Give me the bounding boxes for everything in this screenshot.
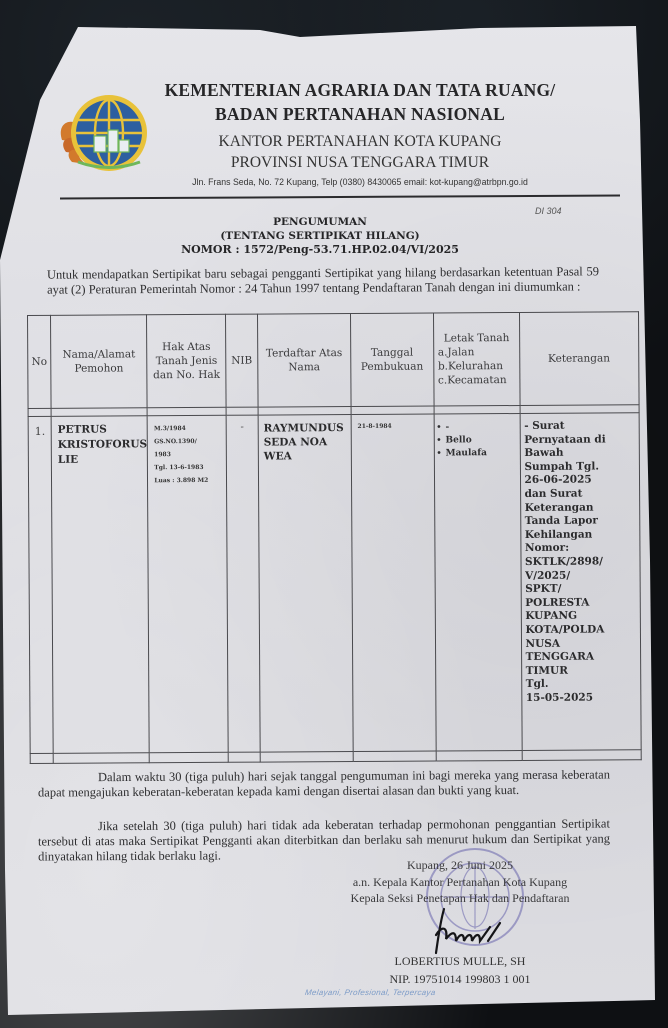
keterangan-line: SPKT/ [525,582,638,596]
header-tanggal: Tanggal Pembukuan [350,313,433,407]
header-no: No [28,315,52,408]
keterangan-line: SKTLK/2898/ [525,555,638,569]
ministry-name: KEMENTERIAN AGRARIA DAN TATA RUANG/ BADA… [150,78,570,126]
keterangan-line: Tgl. [526,678,639,692]
agency-motto: Melayani, Profesional, Terpercaya [304,988,436,997]
keterangan-line: - Surat [524,419,637,433]
atr-bpn-logo-icon [54,78,154,178]
signer-name: LOBERTIUS MULLE, SH [330,952,590,970]
keterangan-line: NUSA [525,637,638,651]
ministry-line-1: KEMENTERIAN AGRARIA DAN TATA RUANG/ [150,78,570,102]
letak-jalan: - [436,420,519,434]
handwritten-signature-icon [430,905,520,955]
announcement-title: PENGUMUMAN (TENTANG SERTIPIKAT HILANG) N… [120,215,520,257]
on-behalf-of: a.n. Kepala Kantor Pertanahan Kota Kupan… [320,874,600,891]
header-nama: Nama/Alamat Pemohon [50,315,147,409]
cell-tanggal: 21-8-1984 [351,414,436,751]
document-reference-code: DI 304 [535,206,562,216]
keterangan-line: KOTA/POLDA [525,623,638,637]
cell-hak: M.3/1984 GS.NO.1390/ 1983 Tgl. 13-6-1983… [147,415,228,752]
keterangan-line: Bawah [524,446,637,460]
keterangan-line: V/2025/ [525,569,638,583]
hak-gs-number: GS.NO.1390/ [154,435,226,448]
hak-area: Luas : 3.898 M2 [154,474,226,487]
keterangan-line: TIMUR [526,664,639,678]
ministry-line-2: BADAN PERTANAHAN NASIONAL [150,102,570,126]
intro-paragraph: Untuk mendapatkan Sertipikat baru sebaga… [47,264,599,297]
office-line-1: KANTOR PERTANAHAN KOTA KUPANG [150,131,570,152]
keterangan-line: 15-05-2025 [526,691,639,705]
signer-nip: NIP. 19751014 199803 1 001 [330,970,590,988]
office-address: Jln. Frans Seda, No. 72 Kupang, Telp (03… [167,177,553,188]
cell-keterangan: - SuratPernyataan diBawahSumpah Tgl.26-0… [520,413,642,751]
cell-no: 1. [28,416,53,753]
header-letak-c: c.Kecamatan [438,373,519,387]
keterangan-line: Pernyataan di [524,433,637,447]
keterangan-line: Tanda Lapor [525,514,638,528]
keterangan-line: 26-06-2025 [524,474,637,488]
keterangan-line: TENGGARA [526,650,639,664]
keterangan-line: KUPANG [525,610,638,624]
cell-terdaftar: RAYMUNDUS SEDA NOA WEA [258,415,353,753]
letak-kecamatan: Maulafa [436,446,519,460]
title-line-2: (TENTANG SERTIPIKAT HILANG) [120,229,520,243]
header-keterangan: Keterangan [519,312,639,406]
cell-letak: - Bello Maulafa [434,413,522,751]
signature-block: Kupang, 26 Juni 2025 a.n. Kepala Kantor … [320,857,600,907]
title-line-1: PENGUMUMAN [120,215,520,229]
hak-date: Tgl. 13-6-1983 [154,461,226,474]
table-row: 1. PETRUS KRISTOFORUS LIE M.3/1984 GS.NO… [28,413,641,754]
keterangan-line: Sumpah Tgl. [524,460,637,474]
header-letak-a: a.Jalan [438,345,519,359]
keterangan-line: dan Surat [525,487,638,501]
header-terdaftar: Terdaftar Atas Nama [257,314,350,408]
lost-certificate-table: No Nama/Alamat Pemohon Hak Atas Tanah Je… [27,311,642,764]
objection-paragraph: Dalam waktu 30 (tiga puluh) hari sejak t… [38,768,610,801]
place-date: Kupang, 26 Juni 2025 [320,857,600,874]
office-line-2: PROVINSI NUSA TENGGARA TIMUR [150,152,570,173]
header-letak-title: Letak Tanah [438,331,519,345]
office-name: KANTOR PERTANAHAN KOTA KUPANG PROVINSI N… [150,131,570,173]
signer-info: LOBERTIUS MULLE, SH NIP. 19751014 199803… [330,952,590,988]
cell-nama: PETRUS KRISTOFORUS LIE [51,416,149,754]
keterangan-line: Nomor: [525,542,638,556]
header-nib: NIB [226,314,258,407]
letak-kelurahan: Bello [436,433,519,447]
objection-text: Dalam waktu 30 (tiga puluh) hari sejak t… [38,768,610,800]
header-letak-b: b.Kelurahan [438,359,519,373]
keterangan-line: Keterangan [525,501,638,515]
header-hak: Hak Atas Tanah Jenis dan No. Hak [147,314,226,407]
keterangan-line: Kehilangan [525,528,638,542]
table-header-row: No Nama/Alamat Pemohon Hak Atas Tanah Je… [28,312,640,409]
announcement-number: NOMOR : 1572/Peng-53.71.HP.02.04/VI/2025 [120,243,520,257]
keterangan-line: POLRESTA [525,596,638,610]
cell-nib: - [226,415,260,752]
header-letak: Letak Tanah a.Jalan b.Kelurahan c.Kecama… [433,312,519,406]
hak-number: M.3/1984 [154,422,226,435]
hak-gs-year: 1983 [154,448,226,461]
